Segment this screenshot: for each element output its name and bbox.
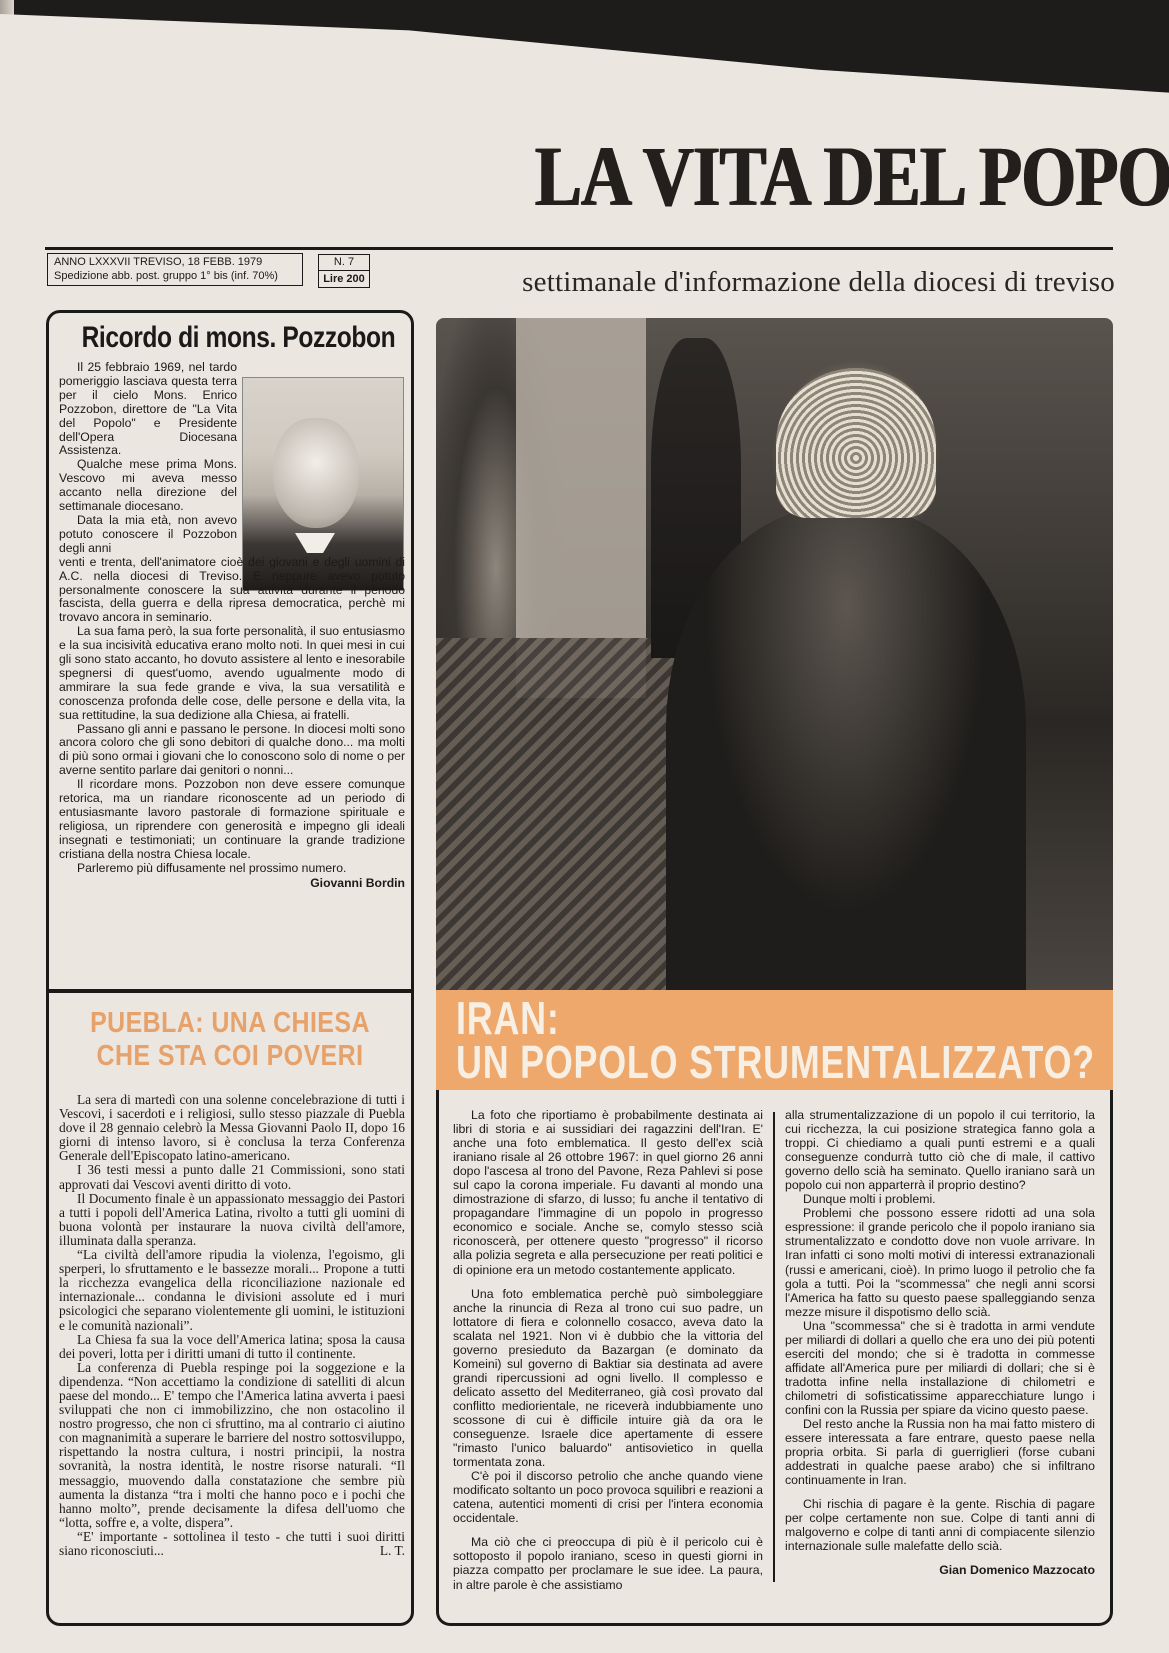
photo-ornate-robe [436,638,686,990]
masthead-title: LA VITA DEL POPOLO [535,130,1113,222]
article-signature: Giovanni Bordin [59,877,405,891]
paragraph: Del resto anche la Russia non ha mai fat… [785,1417,1095,1487]
postal-info: Spedizione abb. post. gruppo 1° bis (inf… [54,269,296,283]
article-iran: La foto che riportiamo è probabilmente d… [436,1090,1113,1626]
paragraph: Passano gli anni e passano le persone. I… [59,723,405,779]
paragraph: I 36 testi messi a punto dalle 21 Commis… [59,1163,405,1191]
paragraph: “La civiltà dell'amore ripudia la violen… [59,1248,405,1333]
paragraph: Qualche mese prima Mons. Vescovo mi avev… [59,458,237,514]
paragraph: Dunque molti i problemi. [785,1192,1095,1206]
newspaper-page: LA VITA DEL POPOLO ANNO LXXXVII TREVISO,… [0,14,1169,1653]
paragraph: Parleremo più diffusamente nel prossimo … [59,862,405,876]
paragraph-text: “E' importante - sottolinea il testo - c… [59,1529,405,1558]
article-initials: L. T. [362,1544,405,1558]
paragraph: Il ricordare mons. Pozzobon non deve ess… [59,778,405,861]
article-column-1: La foto che riportiamo è probabilmente d… [453,1108,763,1592]
article-headline-line2: CHE STA COI POVERI [74,1040,385,1073]
article-body: La sera di martedì con una solenne conce… [59,1093,405,1558]
paragraph: La conferenza di Puebla respinge poi la … [59,1361,405,1530]
article-body: Il 25 febbraio 1969, nel tardo pomeriggi… [59,361,405,890]
photo-shah-figure [666,508,1026,990]
paragraph: venti e trenta, dell'animatore cioè dei … [59,556,405,626]
paragraph: alla strumentalizzazione di un popolo il… [785,1108,1095,1192]
issue-price: Lire 200 [319,271,369,287]
article-headline-line1: PUEBLA: UNA CHIESA [74,1007,385,1040]
paragraph: Ma ciò che ci preoccupa di più è il peri… [453,1535,763,1591]
paragraph: La Chiesa fa sua la voce dell'America la… [59,1333,405,1361]
masthead-tagline: settimanale d'informazione della diocesi… [405,266,1115,299]
article-author: Gian Domenico Mazzocato [785,1563,1095,1577]
paragraph: La sua fama però, la sua forte personali… [59,625,405,722]
paragraph: Il 25 febbraio 1969, nel tardo pomeriggi… [59,361,237,458]
paragraph: La foto che riportiamo è probabilmente d… [453,1108,763,1277]
paragraph: C'è poi il discorso petrolio che anche q… [453,1469,763,1525]
article-ricordo-pozzobon: Ricordo di mons. Pozzobon Il 25 febbraio… [46,310,414,992]
issue-number-box: N. 7 Lire 200 [318,254,370,288]
paragraph: La sera di martedì con una solenne conce… [59,1093,405,1163]
issue-year-date: ANNO LXXXVII TREVISO, 18 FEBB. 1979 [54,255,296,269]
masthead-rule [45,247,1113,250]
article-puebla: PUEBLA: UNA CHIESA CHE STA COI POVERI La… [46,990,414,1626]
column-divider [773,1112,775,1582]
paragraph: “E' importante - sottolinea il testo - c… [59,1530,405,1558]
paragraph: Una foto emblematica perchè può simboleg… [453,1287,763,1470]
headline-line2: UN POPOLO STRUMENTALIZZATO? [456,1040,968,1084]
paragraph: Problemi che possono essere ridotti ad u… [785,1206,1095,1318]
article-headline: Ricordo di mons. Pozzobon [82,321,379,355]
paragraph: Chi rischia di pagare è la gente. Rischi… [785,1497,1095,1553]
iran-headline-banner: IRAN: UN POPOLO STRUMENTALIZZATO? [436,990,1113,1090]
shah-coronation-photo [436,318,1113,990]
article-column-2: alla strumentalizzazione di un popolo il… [785,1108,1095,1578]
paragraph: Data la mia età, non avevo potuto conosc… [59,514,237,556]
issue-info-box: ANNO LXXXVII TREVISO, 18 FEBB. 1979 Sped… [47,253,303,286]
photo-crown [776,368,936,518]
issue-number: N. 7 [319,255,369,271]
paragraph: Il Documento finale è un appassionato me… [59,1192,405,1248]
paragraph: Una "scommessa" che si è tradotta in arm… [785,1319,1095,1417]
headline-line1: IRAN: [456,996,968,1040]
